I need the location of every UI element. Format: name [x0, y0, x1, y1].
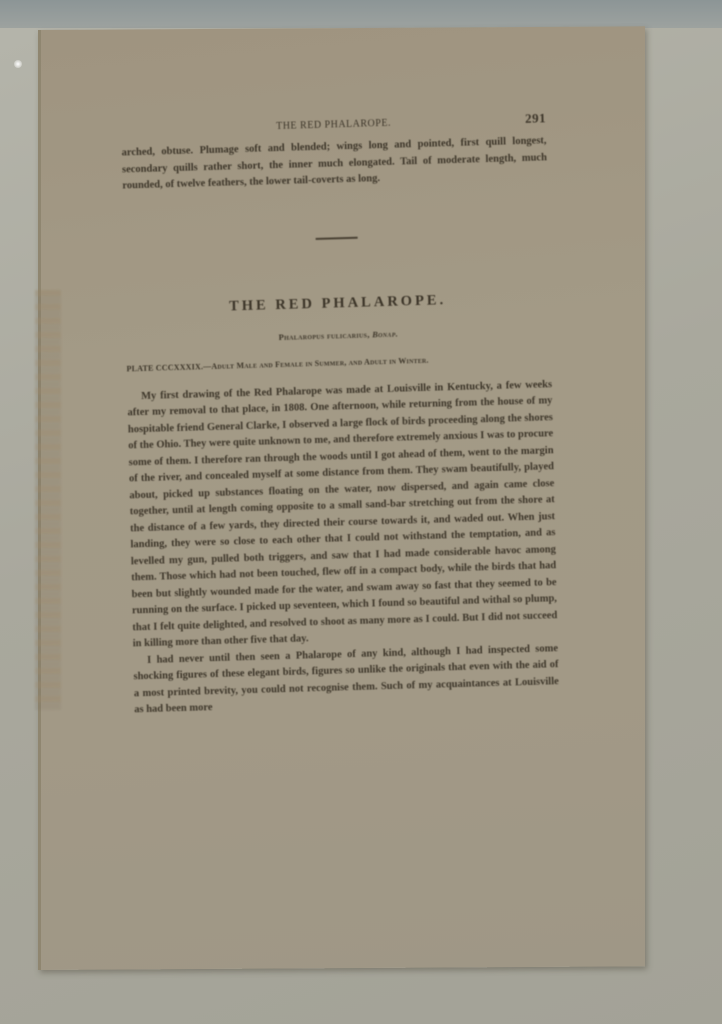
plate-description: —Adult Male and Female in Summer, and Ad…: [203, 355, 429, 370]
section-title: THE RED PHALAROPE.: [125, 289, 550, 318]
light-glare: [14, 60, 22, 68]
scientific-name: Phalaropus fulicarius, Bonap.: [126, 324, 551, 346]
book-page: The Red Phalarope. 291 arched, obtuse. P…: [38, 26, 645, 970]
body-paragraph: I had never until then seen a Phalarope …: [133, 641, 559, 719]
binomial-author: Bonap.: [372, 328, 398, 339]
section-divider: [315, 236, 357, 239]
running-head-title: The Red Phalarope.: [276, 118, 391, 132]
page-number: 291: [525, 110, 546, 127]
plate-number: PLATE CCCXXXIX.: [126, 362, 203, 373]
page-content: The Red Phalarope. 291 arched, obtuse. P…: [121, 113, 559, 719]
body-paragraph: My first drawing of the Red Phalarope wa…: [127, 377, 558, 653]
plate-caption: PLATE CCCXXXIX.—Adult Male and Female in…: [126, 352, 551, 373]
binomial-name: Phalaropus fulicarius,: [279, 329, 370, 342]
